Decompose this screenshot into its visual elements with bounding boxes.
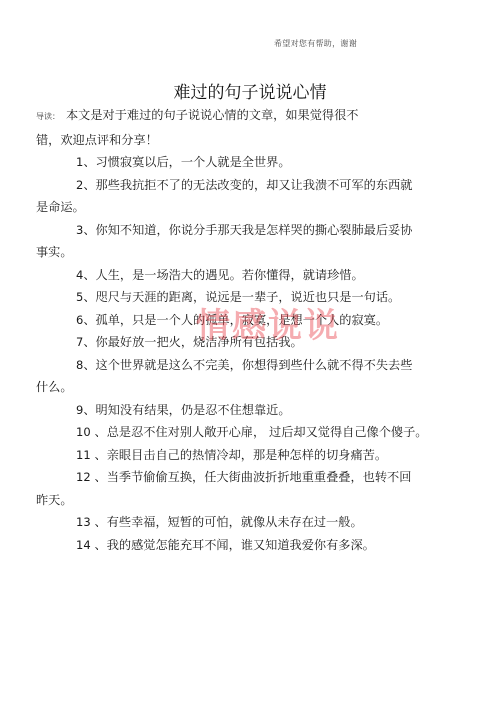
item-number: 12 — [76, 470, 91, 484]
item-text: 、我的感觉怎能充耳不闻，谁又知道我爱你有多深。 — [91, 538, 375, 552]
list-item-line: 1、习惯寂寞以后，一个人就是全世界。 — [76, 151, 448, 174]
list-item-line: 2、那些我抗拒不了的无法改变的，却又让我溃不可军的东西就 — [76, 174, 448, 197]
list-item: 4、人生，是一场浩大的遇见。若你懂得，就请珍惜。 — [76, 264, 448, 287]
intro-text-line2: 错，欢迎点评和分享！ — [36, 129, 448, 152]
list-item-line: 6、孤单，只是一个人的孤单，寂寞，是想一个人的寂寞。 — [76, 309, 448, 332]
item-text: 、这个世界就是这么不完美，你想得到些什么就不得不失去些 — [83, 358, 412, 372]
item-text-continued: 是命运。 — [36, 196, 448, 219]
item-text: 、总是忍不住对别人敞开心扉， 过后却又觉得自己像个傻子。 — [91, 425, 428, 439]
list-item-line: 12 、当季节偷偷互换，任大街曲波折折地重重叠叠，也转不回 — [76, 466, 448, 489]
intro-text-line1: 本文是对于难过的句子说说心情的文章，如果觉得很不 — [66, 108, 359, 122]
item-number: 10 — [76, 425, 91, 439]
item-text: 、有些幸福，短暂的可怕，就像从未存在过一般。 — [91, 515, 363, 529]
document-title: 难过的句子说说心情 — [0, 78, 500, 103]
list-item: 12 、当季节偷偷互换，任大街曲波折折地重重叠叠，也转不回昨天。 — [76, 466, 448, 511]
item-text: 、人生，是一场浩大的遇见。若你懂得，就请珍惜。 — [83, 268, 363, 282]
item-text: 、那些我抗拒不了的无法改变的，却又让我溃不可军的东西就 — [83, 178, 412, 192]
list-item-line: 13 、有些幸福，短暂的可怕，就像从未存在过一般。 — [76, 511, 448, 534]
list-item-line: 7、你最好放一把火，烧洁净所有包括我。 — [76, 331, 448, 354]
item-number: 11 — [76, 448, 91, 462]
item-number: 14 — [76, 538, 91, 552]
item-text-continued: 什么。 — [36, 376, 448, 399]
list-item: 10 、总是忍不住对别人敞开心扉， 过后却又觉得自己像个傻子。 — [76, 421, 448, 444]
item-text: 、习惯寂寞以后，一个人就是全世界。 — [83, 155, 290, 169]
list-item: 14 、我的感觉怎能充耳不闻，谁又知道我爱你有多深。 — [76, 534, 448, 557]
list-item-line: 9、明知没有结果，仍是忍不住想靠近。 — [76, 399, 448, 422]
list-item: 8、这个世界就是这么不完美，你想得到些什么就不得不失去些什么。 — [76, 354, 448, 399]
list-item-line: 14 、我的感觉怎能充耳不闻，谁又知道我爱你有多深。 — [76, 534, 448, 557]
list-item-line: 8、这个世界就是这么不完美，你想得到些什么就不得不失去些 — [76, 354, 448, 377]
list-item: 7、你最好放一把火，烧洁净所有包括我。 — [76, 331, 448, 354]
item-text: 、当季节偷偷互换，任大街曲波折折地重重叠叠，也转不回 — [91, 470, 412, 484]
item-text: 、你最好放一把火，烧洁净所有包括我。 — [83, 335, 302, 349]
list-item: 3、你知不知道，你说分手那天我是怎样哭的撕心裂肺最后妥协事实。 — [76, 219, 448, 264]
list-item: 6、孤单，只是一个人的孤单，寂寞，是想一个人的寂寞。 — [76, 309, 448, 332]
list-item-line: 10 、总是忍不住对别人敞开心扉， 过后却又觉得自己像个傻子。 — [76, 421, 448, 444]
list-item-line: 4、人生，是一场浩大的遇见。若你懂得，就请珍惜。 — [76, 264, 448, 287]
intro-label: 导读： — [36, 112, 60, 121]
list-item-line: 5、咫尺与天涯的距离，说远是一辈子，说近也只是一句话。 — [76, 286, 448, 309]
document-body: 导读：本文是对于难过的句子说说心情的文章，如果觉得很不 错，欢迎点评和分享！ 1… — [76, 104, 448, 556]
item-text: 、咫尺与天涯的距离，说远是一辈子，说近也只是一句话。 — [83, 290, 400, 304]
item-text-continued: 昨天。 — [36, 489, 448, 512]
item-number: 13 — [76, 515, 91, 529]
item-text: 、亲眼目击自己的热情冷却，那是种怎样的切身痛苦。 — [91, 448, 387, 462]
header-note: 希望对您有帮助，谢谢 — [274, 38, 357, 49]
sentence-list: 1、习惯寂寞以后，一个人就是全世界。2、那些我抗拒不了的无法改变的，却又让我溃不… — [76, 151, 448, 556]
item-text: 、孤单，只是一个人的孤单，寂寞，是想一个人的寂寞。 — [83, 313, 388, 327]
list-item: 2、那些我抗拒不了的无法改变的，却又让我溃不可军的东西就是命运。 — [76, 174, 448, 219]
list-item: 11 、亲眼目击自己的热情冷却，那是种怎样的切身痛苦。 — [76, 444, 448, 467]
list-item: 5、咫尺与天涯的距离，说远是一辈子，说近也只是一句话。 — [76, 286, 448, 309]
item-text-continued: 事实。 — [36, 241, 448, 264]
item-text: 、你知不知道，你说分手那天我是怎样哭的撕心裂肺最后妥协 — [83, 223, 412, 237]
list-item: 1、习惯寂寞以后，一个人就是全世界。 — [76, 151, 448, 174]
list-item: 9、明知没有结果，仍是忍不住想靠近。 — [76, 399, 448, 422]
list-item-line: 11 、亲眼目击自己的热情冷却，那是种怎样的切身痛苦。 — [76, 444, 448, 467]
intro-paragraph: 导读：本文是对于难过的句子说说心情的文章，如果觉得很不 错，欢迎点评和分享！ — [36, 104, 448, 151]
list-item-line: 3、你知不知道，你说分手那天我是怎样哭的撕心裂肺最后妥协 — [76, 219, 448, 242]
item-text: 、明知没有结果，仍是忍不住想靠近。 — [83, 403, 290, 417]
list-item: 13 、有些幸福，短暂的可怕，就像从未存在过一般。 — [76, 511, 448, 534]
